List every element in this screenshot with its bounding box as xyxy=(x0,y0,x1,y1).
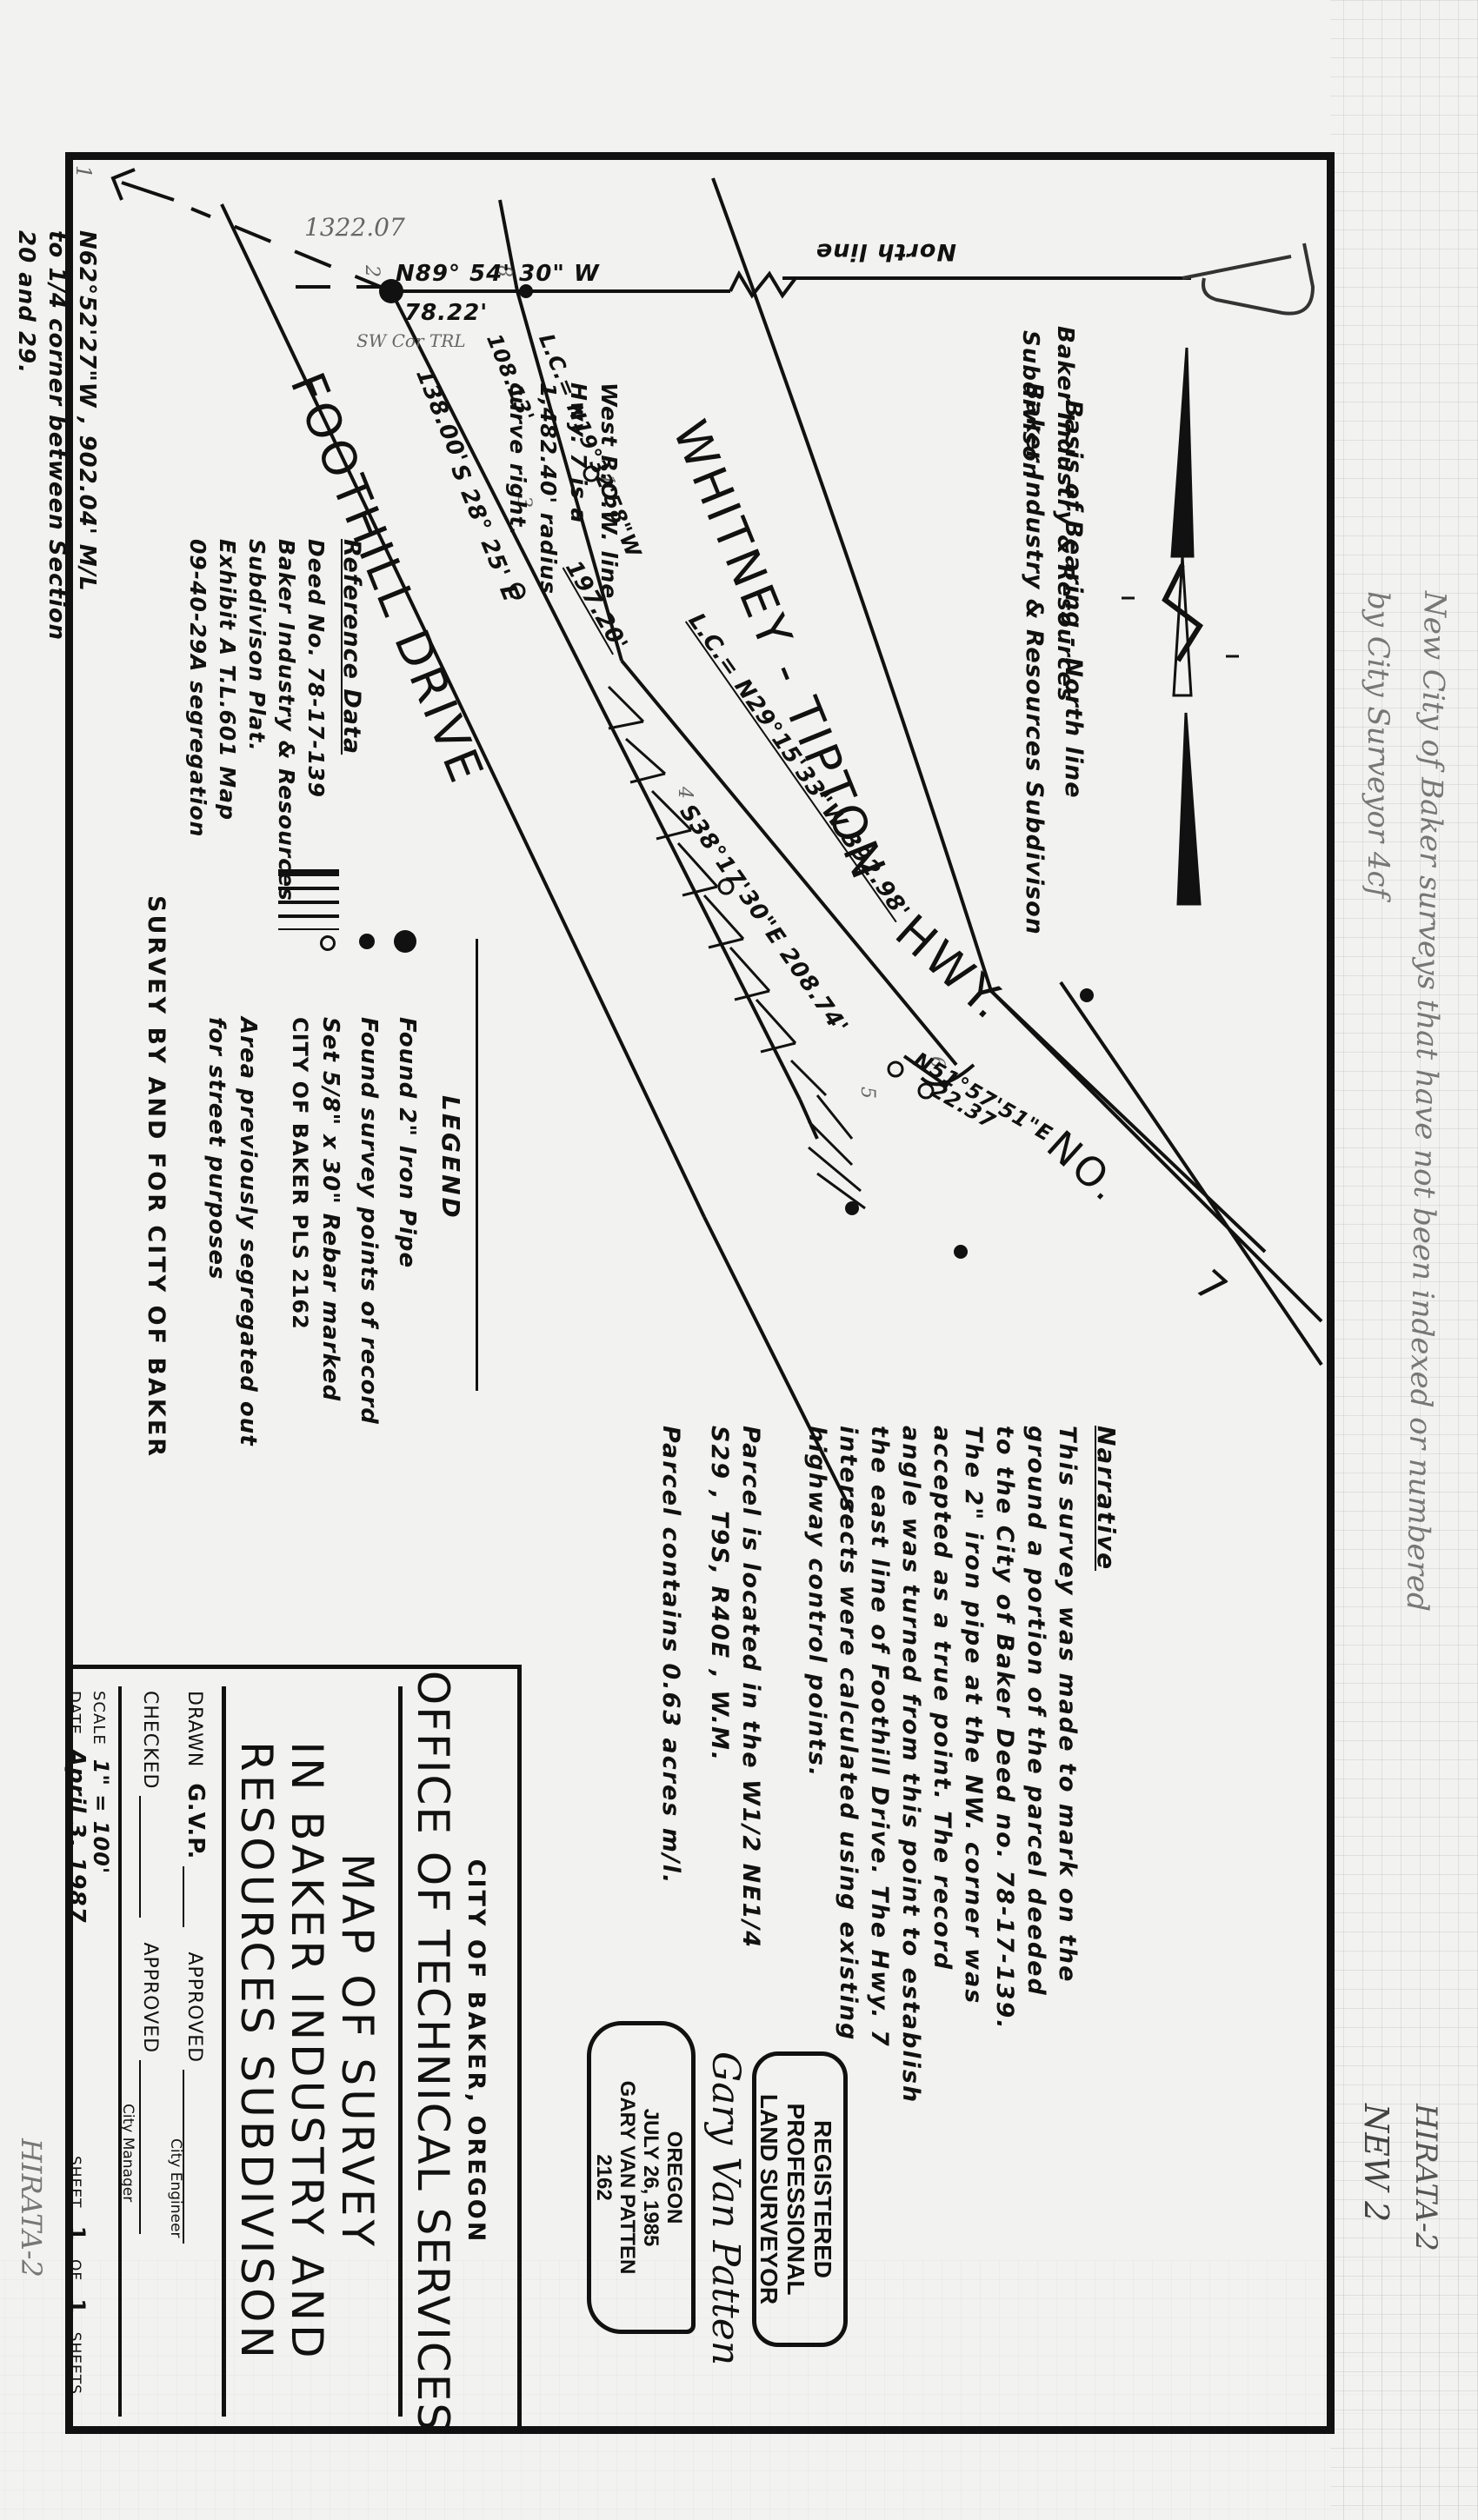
hand-tie-1: 1 xyxy=(71,165,96,178)
open-circle-icon xyxy=(320,935,336,951)
seal-line: PROFESSIONAL xyxy=(782,2056,809,2343)
legend-heading: LEGEND xyxy=(436,1095,465,1220)
checked-line xyxy=(139,1796,141,1918)
narrative-line: ground a portion of the parcel deeded xyxy=(1020,1426,1051,2104)
reference-heading: Reference Data xyxy=(338,539,365,755)
narrative-line: intersects were calculated using existin… xyxy=(832,1426,863,2104)
seal-line: GARY VAN PATTEN xyxy=(616,2025,639,2330)
drawn-line xyxy=(183,1866,184,1927)
bearing-n89: N89° 54' 30" W xyxy=(396,261,600,287)
narrative-line: The 2" iron pipe at the NW. corner was xyxy=(957,1426,989,2104)
reference-line: Exhibit A T.L.601 Map xyxy=(212,539,242,901)
date-label: DATE xyxy=(65,1691,83,1735)
tb-scale-row: SCALE 1" = 100' xyxy=(89,1691,113,1874)
narrative-line: angle was turned from this point to esta… xyxy=(895,1426,926,2104)
tb-drawn-row: DRAWN G.V.P. APPROVED xyxy=(183,1691,209,2244)
approved-label: APPROVED xyxy=(183,1952,205,2063)
narrative-line: This survey was made to mark on the xyxy=(1051,1426,1082,2104)
seal-line: JULY 26, 1985 xyxy=(639,2025,662,2330)
legend-text: CITY OF BAKER PLS 2162 xyxy=(288,1017,312,1330)
legend-text: for street purposes xyxy=(203,1017,230,1280)
parcel-location: Parcel is located in the W1/2 NE1/4 xyxy=(735,1426,766,2104)
approved-role-manager: City Manager xyxy=(119,2104,136,2202)
sheets-label: SHEETS xyxy=(66,2332,83,2395)
survey-sheet: 1322.07 SW Cor TRL 2 8 1 3 4 5 6 1 New C… xyxy=(0,0,1478,2520)
sheet-total: 1 xyxy=(65,2299,90,2315)
tie-line-2: to 1/4 corner between Section xyxy=(43,230,70,641)
narrative-line: accepted as a true point. The record xyxy=(926,1426,957,2104)
checked-label: CHECKED xyxy=(139,1691,161,1789)
reference-line: Baker Industry & Resources xyxy=(271,539,301,901)
tb-rule xyxy=(222,1686,226,2417)
legend-rule xyxy=(476,939,478,1391)
survey-by: SURVEY BY AND FOR CITY OF BAKER xyxy=(143,895,170,1459)
tb-title-1: MAP OF SURVEY xyxy=(332,1669,383,2434)
seal-line: OREGON xyxy=(662,2025,686,2330)
hand-hirata: HIRATA-2 xyxy=(1408,2104,1443,2251)
drawn-value: G.V.P. xyxy=(183,1783,209,1859)
hatch-icon xyxy=(278,869,339,930)
hand-point-5: 5 xyxy=(856,1087,878,1099)
surveyor-seal-top: REGISTERED PROFESSIONAL LAND SURVEYOR xyxy=(752,2051,848,2347)
hand-hirata-bottom: HIRATA-2 xyxy=(15,2138,48,2277)
drawn-label: DRAWN xyxy=(183,1691,205,1767)
legend-text: Found survey points of record xyxy=(356,1017,382,1425)
seal-line: LAND SURVEYOR xyxy=(756,2056,782,2343)
hand-dist-1322: 1322.07 xyxy=(304,213,405,242)
surveyor-seal-bottom: OREGON JULY 26, 1985 GARY VAN PATTEN 216… xyxy=(587,2021,696,2334)
small-dot-icon xyxy=(359,934,375,949)
narrative-line: to the City of Baker Deed no. 78-17-139. xyxy=(989,1426,1020,2104)
reference-line: Deed No. 78-17-139 xyxy=(301,539,330,901)
narrative-body: This survey was made to mark on the grou… xyxy=(655,1426,1082,2104)
narrative-heading: Narrative xyxy=(1090,1426,1122,1571)
reference-line: Subdivison Plat. xyxy=(242,539,271,901)
north-line-label: North line xyxy=(816,238,956,265)
legend-text: Found 2" Iron Pipe xyxy=(394,1017,420,1268)
sheet-label: SHEET xyxy=(66,2156,83,2208)
tb-title-2: IN BAKER INDUSTRY AND xyxy=(282,1669,332,2434)
tb-rule xyxy=(398,1686,403,2417)
surveyor-signature: Gary Van Patten xyxy=(703,2051,748,2365)
tb-city: CITY OF BAKER, OREGON xyxy=(463,1669,489,2434)
legend-item-set-rebar: Set 5/8" x 30" Rebar marked CITY OF BAKE… xyxy=(276,930,345,1417)
reference-line: 09-40-29A segregation xyxy=(183,539,212,901)
reference-lines: Deed No. 78-17-139 Baker Industry & Reso… xyxy=(183,539,330,901)
tb-sheet-row: SHEET 1 OF 1 SHEETS xyxy=(65,2156,90,2395)
of-label: OF xyxy=(66,2259,83,2281)
narrative-line: the east line of Foothill Drive. The Hwy… xyxy=(863,1426,895,2104)
basis-of-bearing: Basis of Bearing - North line xyxy=(1060,400,1087,799)
seal-line: REGISTERED xyxy=(809,2056,836,2343)
approved-label-2: APPROVED xyxy=(139,1942,161,2053)
tie-bearing: N62°52'27"W , 902.04' M/L xyxy=(74,230,100,592)
basis-of-bearing-2: Baker Industry & Resources Subdivison xyxy=(1021,382,1048,935)
date-value: April 3, 1987 xyxy=(63,1749,90,1924)
tb-checked-row: CHECKED APPROVED xyxy=(139,1691,161,2234)
approved-manager-line xyxy=(139,2060,141,2234)
narrative-line: highway control points. xyxy=(801,1426,832,2104)
title-block: CITY OF BAKER, OREGON OFFICE OF TECHNICA… xyxy=(65,1665,522,2434)
hand-note-line2: by City Surveyor 4cf xyxy=(1361,591,1395,898)
hand-point-2: 2 xyxy=(361,265,383,277)
hand-sw-cor: SW Cor TRL xyxy=(356,330,466,351)
west-row-note-3: 1,482.40' radius xyxy=(536,382,561,595)
scale-label: SCALE xyxy=(90,1691,108,1745)
tie-line-3: 20 and 29. xyxy=(13,230,39,374)
hand-point-4: 4 xyxy=(674,787,696,799)
legend-list: Found 2" Iron Pipe Found survey points o… xyxy=(276,930,422,1417)
legend-text: Area previously segregated out xyxy=(235,1017,261,1446)
tb-rule xyxy=(118,1686,122,2417)
parcel-acreage: Parcel contains 0.63 acres m/l. xyxy=(655,1426,686,2104)
legend-item-iron-pipe: Found 2" Iron Pipe xyxy=(383,930,422,1417)
large-dot-icon xyxy=(394,930,416,953)
seal-line: 2162 xyxy=(592,2025,616,2330)
tb-office: OFFICE OF TECHNICAL SERVICES xyxy=(408,1669,458,2434)
dist-78-22: 78.22' xyxy=(404,300,488,326)
legend-text: Set 5/8" x 30" Rebar marked xyxy=(317,1017,343,1401)
sheet-number: 1 xyxy=(65,2226,90,2242)
legend-item-found-points: Found survey points of record xyxy=(345,930,383,1417)
tb-title-3: RESOURCES SUBDIVISON xyxy=(231,1669,282,2434)
scale-value: 1" = 100' xyxy=(89,1759,113,1874)
tb-date-row: DATE April 3, 1987 xyxy=(63,1691,90,1924)
hand-new2: NEW 2 xyxy=(1357,2104,1395,2222)
parcel-location-2: S29 , T9S, R40E , W.M. xyxy=(703,1426,735,2104)
approved-role-engineer: City Engineer xyxy=(167,2138,184,2237)
